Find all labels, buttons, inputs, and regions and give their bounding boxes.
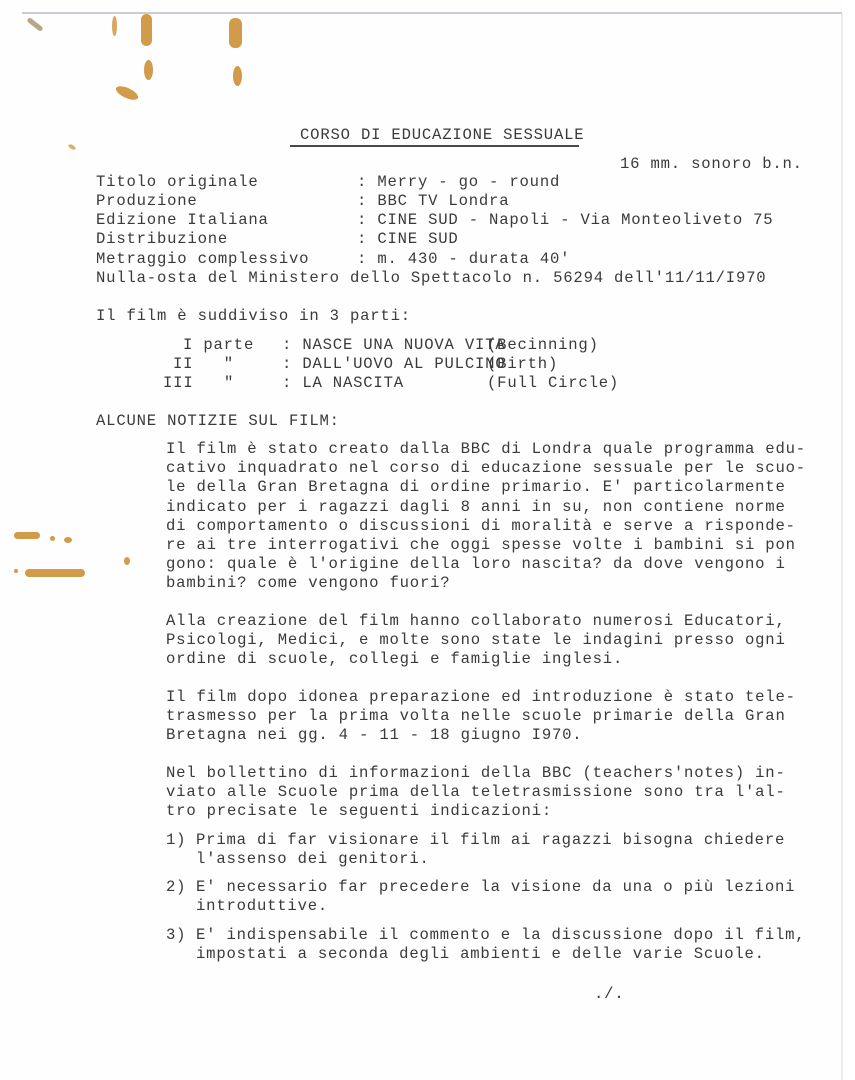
info-value: : BBC TV Londra <box>357 192 509 211</box>
list-item-line: E' indispensabile il commento e la discu… <box>196 926 805 945</box>
list-item-line: l'assenso dei genitori. <box>196 850 430 869</box>
part-number: I parte <box>183 336 254 355</box>
typewritten-document: CORSO DI EDUCAZIONE SESSUALE 16 mm. sono… <box>0 0 842 1080</box>
list-item-line: E' necessario far precedere la visione d… <box>196 878 795 897</box>
list-number: 2) <box>166 878 186 897</box>
paragraph-line: Alla creazione del film hanno collaborat… <box>166 612 786 631</box>
paragraph-line: bambini? come vengono fuori? <box>166 574 450 593</box>
info-label: Edizione Italiana <box>96 211 269 230</box>
paragraph-line: gono: quale è l'origine della loro nasci… <box>166 555 786 574</box>
list-item-line: impostati a seconda degli ambienti e del… <box>196 945 765 964</box>
paragraph-line: Psicologi, Medici, e molte sono state le… <box>166 631 786 650</box>
document-title: CORSO DI EDUCAZIONE SESSUALE <box>300 126 584 145</box>
part-english-title: (Becinning) <box>487 336 599 355</box>
part-title: : DALL'UOVO AL PULCINO <box>282 355 505 374</box>
list-number: 1) <box>166 831 186 850</box>
part-number: II " <box>173 355 234 374</box>
format-note: 16 mm. sonoro b.n. <box>620 155 803 174</box>
title-underline <box>290 145 579 147</box>
part-english-title: (Birth) <box>487 355 558 374</box>
paragraph-line: indicato per i ragazzi dagli 8 anni in s… <box>166 498 786 517</box>
info-label: Produzione <box>96 192 198 211</box>
paragraph-line: Il film dopo idonea preparazione ed intr… <box>166 688 796 707</box>
paragraph-line: trasmesso per la prima volta nelle scuol… <box>166 707 786 726</box>
continuation-mark: ./. <box>594 985 624 1004</box>
parts-intro: Il film è suddiviso in 3 parti: <box>96 307 411 326</box>
part-title: : NASCE UNA NUOVA VITA <box>282 336 505 355</box>
paragraph-line: Bretagna nei gg. 4 - 11 - 18 giugno I970… <box>166 726 582 745</box>
paragraph-line: tro precisate le seguenti indicazioni: <box>166 802 552 821</box>
paragraph-line: viato alle Scuole prima della teletrasmi… <box>166 783 786 802</box>
section-heading: ALCUNE NOTIZIE SUL FILM: <box>96 412 340 431</box>
paragraph-line: Nel bollettino di informazioni della BBC… <box>166 764 786 783</box>
paragraph-line: cativo inquadrato nel corso di educazion… <box>166 459 806 478</box>
part-english-title: (Full Circle) <box>487 374 619 393</box>
nulla-osta-line: Nulla-osta del Ministero dello Spettacol… <box>96 269 766 288</box>
info-value: : m. 430 - durata 40' <box>357 250 570 269</box>
paragraph-line: le della Gran Bretagna di ordine primari… <box>166 478 786 497</box>
paragraph-line: re ai tre interrogativi che oggi spesse … <box>166 536 796 555</box>
list-item-line: Prima di far visionare il film ai ragazz… <box>196 831 785 850</box>
part-title: : LA NASCITA <box>282 374 404 393</box>
paragraph-line: ordine di scuole, collegi e famiglie ing… <box>166 650 623 669</box>
info-label: Titolo originale <box>96 173 259 192</box>
info-label: Distribuzione <box>96 230 228 249</box>
paragraph-line: Il film è stato creato dalla BBC di Lond… <box>166 440 806 459</box>
info-value: : Merry - go - round <box>357 173 560 192</box>
list-number: 3) <box>166 926 186 945</box>
info-label: Metraggio complessivo <box>96 250 309 269</box>
paragraph-line: di comportamento o discussioni di morali… <box>166 517 796 536</box>
info-value: : CINE SUD <box>357 230 459 249</box>
part-number: III " <box>163 374 234 393</box>
list-item-line: introduttive. <box>196 897 328 916</box>
info-value: : CINE SUD - Napoli - Via Monteoliveto 7… <box>357 211 773 230</box>
